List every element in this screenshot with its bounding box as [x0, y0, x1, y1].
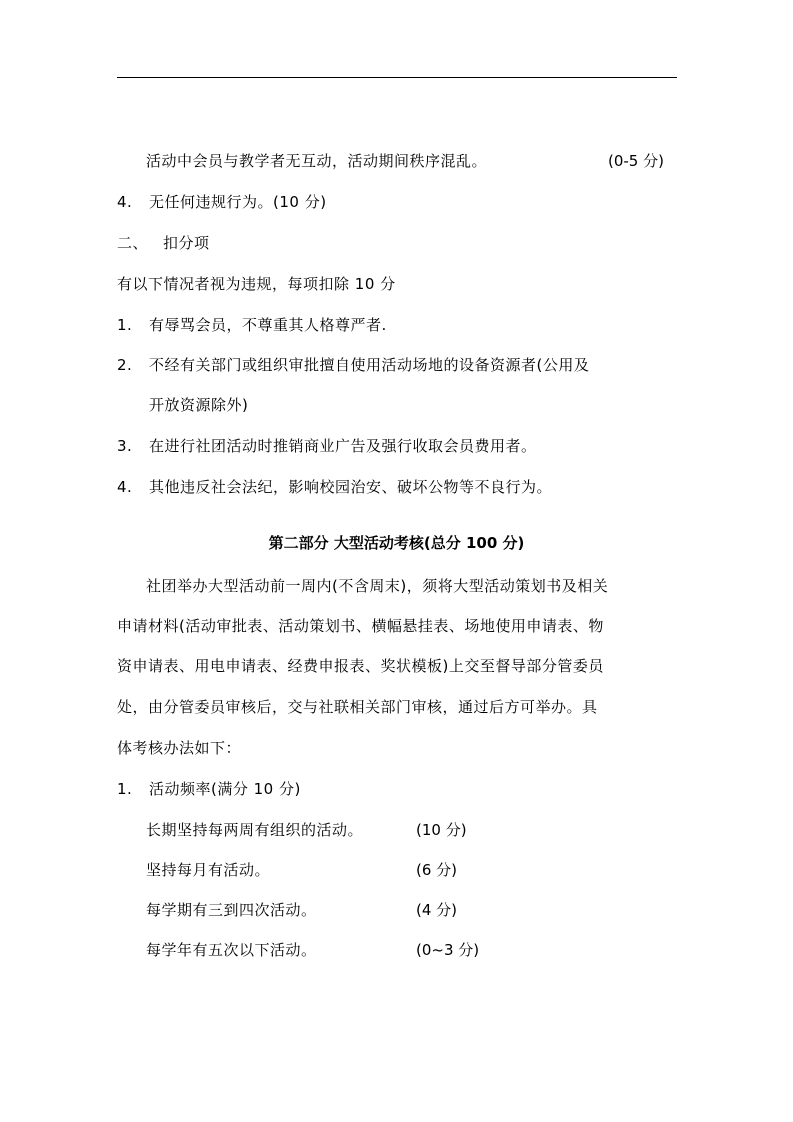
criterion-1-row-3-score: (4 分) — [416, 900, 457, 920]
header-rule — [117, 77, 677, 78]
part-two-paragraph-line-5: 体考核办法如下： — [117, 738, 241, 758]
item-number: 4. — [117, 477, 149, 497]
criterion-1-row-4-text: 每学年有五次以下活动。 — [146, 940, 317, 960]
deduction-section-heading: 二、扣分项 — [117, 233, 210, 253]
part-two-paragraph-line-1: 社团举办大型活动前一周内(不含周末)，须将大型活动策划书及相关 — [146, 576, 608, 596]
deduction-item-4: 4.其他违反社会法纪，影响校园治安、破坏公物等不良行为。 — [117, 477, 552, 497]
criterion-1-row-2-score: (6 分) — [416, 860, 457, 880]
deduction-intro: 有以下情况者视为违规，每项扣除 10 分 — [117, 274, 396, 294]
item-text: 有辱骂会员，不尊重其人格尊严者. — [149, 316, 387, 334]
carry-over-line-score: (0-5 分) — [608, 151, 664, 171]
item-text: 不经有关部门或组织审批擅自使用活动场地的设备资源者(公用及 — [149, 356, 589, 374]
criterion-1-row-1-score: (10 分) — [416, 820, 467, 840]
part-two-heading: 第二部分 大型活动考核(总分 100 分) — [0, 533, 793, 553]
carry-over-line-text: 活动中会员与教学者无互动，活动期间秩序混乱。 — [146, 151, 487, 171]
item-number: 3. — [117, 436, 149, 456]
item-number: 4. — [117, 192, 149, 212]
criterion-1-row-2-text: 坚持每月有活动。 — [146, 860, 270, 880]
deduction-item-2-continuation: 开放资源除外) — [149, 395, 248, 415]
part-two-paragraph-line-3: 资申请表、用电申请表、经费申报表、奖状模板)上交至督导部分管委员 — [117, 656, 604, 676]
criterion-1-row-4-score: (0~3 分) — [416, 940, 479, 960]
item-text: 在进行社团活动时推销商业广告及强行收取会员费用者。 — [149, 437, 537, 455]
criterion-1-row-3-text: 每学期有三到四次活动。 — [146, 900, 317, 920]
item-number: 1. — [117, 315, 149, 335]
item-number: 2. — [117, 355, 149, 375]
part-two-paragraph-line-2: 申请材料(活动审批表、活动策划书、横幅悬挂表、场地使用申请表、物 — [117, 616, 604, 636]
part-two-paragraph-line-4: 处，由分管委员审核后，交与社联相关部门审核，通过后方可举办。具 — [117, 697, 598, 717]
deduction-item-1: 1.有辱骂会员，不尊重其人格尊严者. — [117, 315, 387, 335]
section-title: 扣分项 — [163, 234, 210, 252]
criterion-title: 活动频率(满分 10 分) — [149, 780, 301, 798]
item-text: 无任何违规行为。(10 分) — [149, 193, 327, 211]
section-number: 二、 — [117, 233, 163, 253]
top-item-4: 4.无任何违规行为。(10 分) — [117, 192, 327, 212]
deduction-item-2: 2.不经有关部门或组织审批擅自使用活动场地的设备资源者(公用及 — [117, 355, 589, 375]
criterion-1-row-1-text: 长期坚持每两周有组织的活动。 — [146, 820, 363, 840]
item-text: 其他违反社会法纪，影响校园治安、破坏公物等不良行为。 — [149, 478, 552, 496]
deduction-item-3: 3.在进行社团活动时推销商业广告及强行收取会员费用者。 — [117, 436, 537, 456]
item-number: 1. — [117, 779, 149, 799]
criterion-1-title: 1.活动频率(满分 10 分) — [117, 779, 301, 799]
